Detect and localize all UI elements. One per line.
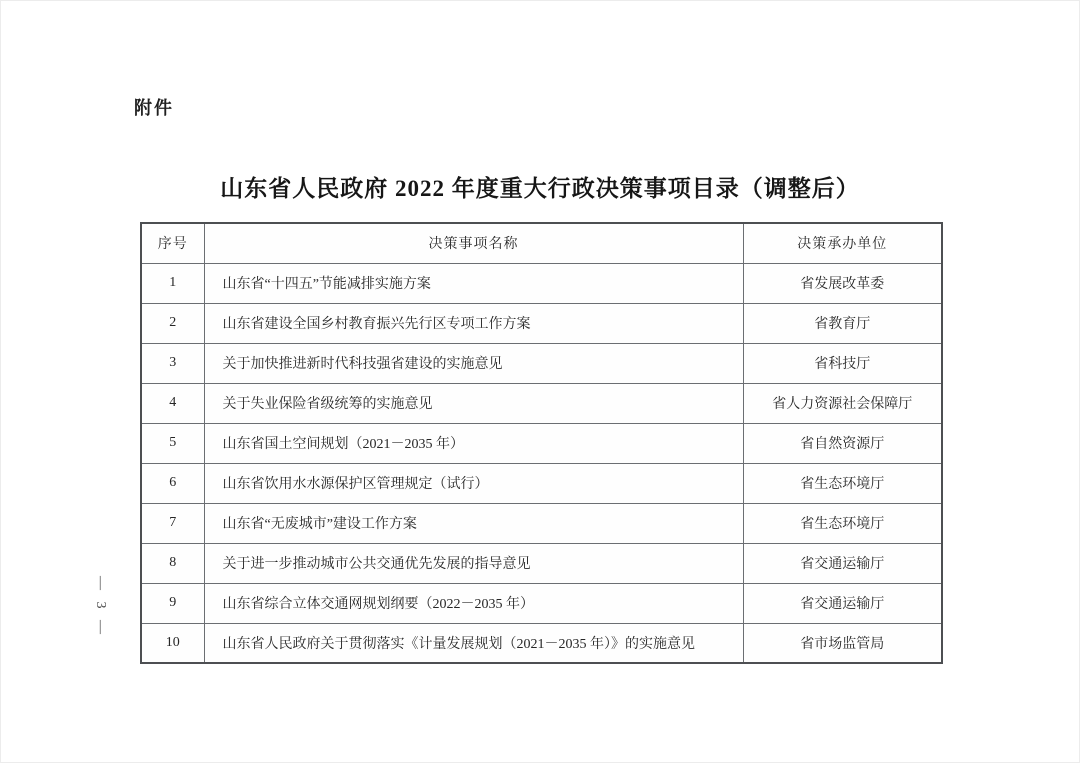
cell-unit: 省交通运输厅 [743, 583, 942, 623]
cell-name: 山东省饮用水水源保护区管理规定（试行） [204, 463, 743, 503]
cell-unit: 省交通运输厅 [743, 543, 942, 583]
table-row: 3 关于加快推进新时代科技强省建设的实施意见 省科技厅 [141, 343, 942, 383]
table-row: 8 关于进一步推动城市公共交通优先发展的指导意见 省交通运输厅 [141, 543, 942, 583]
cell-name: 关于加快推进新时代科技强省建设的实施意见 [204, 343, 743, 383]
header-cell-no: 序号 [141, 223, 204, 263]
table-header-row: 序号 决策事项名称 决策承办单位 [141, 223, 942, 263]
cell-name: 关于失业保险省级统筹的实施意见 [204, 383, 743, 423]
document-page: 附件 山东省人民政府 2022 年度重大行政决策事项目录（调整后） 序号 决策事… [0, 0, 1080, 763]
table-row: 10 山东省人民政府关于贯彻落实《计量发展规划（2021－2035 年）》的实施… [141, 623, 942, 663]
cell-no: 1 [141, 263, 204, 303]
cell-no: 10 [141, 623, 204, 663]
table-row: 5 山东省国土空间规划（2021－2035 年） 省自然资源厅 [141, 423, 942, 463]
table-row: 6 山东省饮用水水源保护区管理规定（试行） 省生态环境厅 [141, 463, 942, 503]
cell-no: 2 [141, 303, 204, 343]
cell-unit: 省教育厅 [743, 303, 942, 343]
page-title: 山东省人民政府 2022 年度重大行政决策事项目录（调整后） [0, 170, 1080, 203]
cell-no: 5 [141, 423, 204, 463]
decision-items-table: 序号 决策事项名称 决策承办单位 1 山东省“十四五”节能减排实施方案 省发展改… [140, 222, 943, 664]
page-number: — 3 — [92, 576, 108, 638]
cell-unit: 省生态环境厅 [743, 463, 942, 503]
cell-name: 山东省建设全国乡村教育振兴先行区专项工作方案 [204, 303, 743, 343]
cell-unit: 省人力资源社会保障厅 [743, 383, 942, 423]
table-row: 4 关于失业保险省级统筹的实施意见 省人力资源社会保障厅 [141, 383, 942, 423]
cell-unit: 省自然资源厅 [743, 423, 942, 463]
cell-unit: 省发展改革委 [743, 263, 942, 303]
cell-name: 山东省“无废城市”建设工作方案 [204, 503, 743, 543]
cell-unit: 省市场监管局 [743, 623, 942, 663]
cell-no: 6 [141, 463, 204, 503]
cell-no: 9 [141, 583, 204, 623]
header-cell-name: 决策事项名称 [204, 223, 743, 263]
cell-no: 3 [141, 343, 204, 383]
cell-unit: 省生态环境厅 [743, 503, 942, 543]
attachment-label: 附件 [134, 94, 174, 120]
table-row: 2 山东省建设全国乡村教育振兴先行区专项工作方案 省教育厅 [141, 303, 942, 343]
cell-name: 关于进一步推动城市公共交通优先发展的指导意见 [204, 543, 743, 583]
table-body: 1 山东省“十四五”节能减排实施方案 省发展改革委 2 山东省建设全国乡村教育振… [141, 263, 942, 663]
table-row: 7 山东省“无废城市”建设工作方案 省生态环境厅 [141, 503, 942, 543]
header-cell-unit: 决策承办单位 [743, 223, 942, 263]
cell-name: 山东省国土空间规划（2021－2035 年） [204, 423, 743, 463]
cell-name: 山东省“十四五”节能减排实施方案 [204, 263, 743, 303]
table-row: 1 山东省“十四五”节能减排实施方案 省发展改革委 [141, 263, 942, 303]
table-row: 9 山东省综合立体交通网规划纲要（2022－2035 年） 省交通运输厅 [141, 583, 942, 623]
cell-no: 4 [141, 383, 204, 423]
cell-name: 山东省综合立体交通网规划纲要（2022－2035 年） [204, 583, 743, 623]
cell-no: 7 [141, 503, 204, 543]
cell-no: 8 [141, 543, 204, 583]
cell-name: 山东省人民政府关于贯彻落实《计量发展规划（2021－2035 年）》的实施意见 [204, 623, 743, 663]
table-header: 序号 决策事项名称 决策承办单位 [141, 223, 942, 263]
cell-unit: 省科技厅 [743, 343, 942, 383]
